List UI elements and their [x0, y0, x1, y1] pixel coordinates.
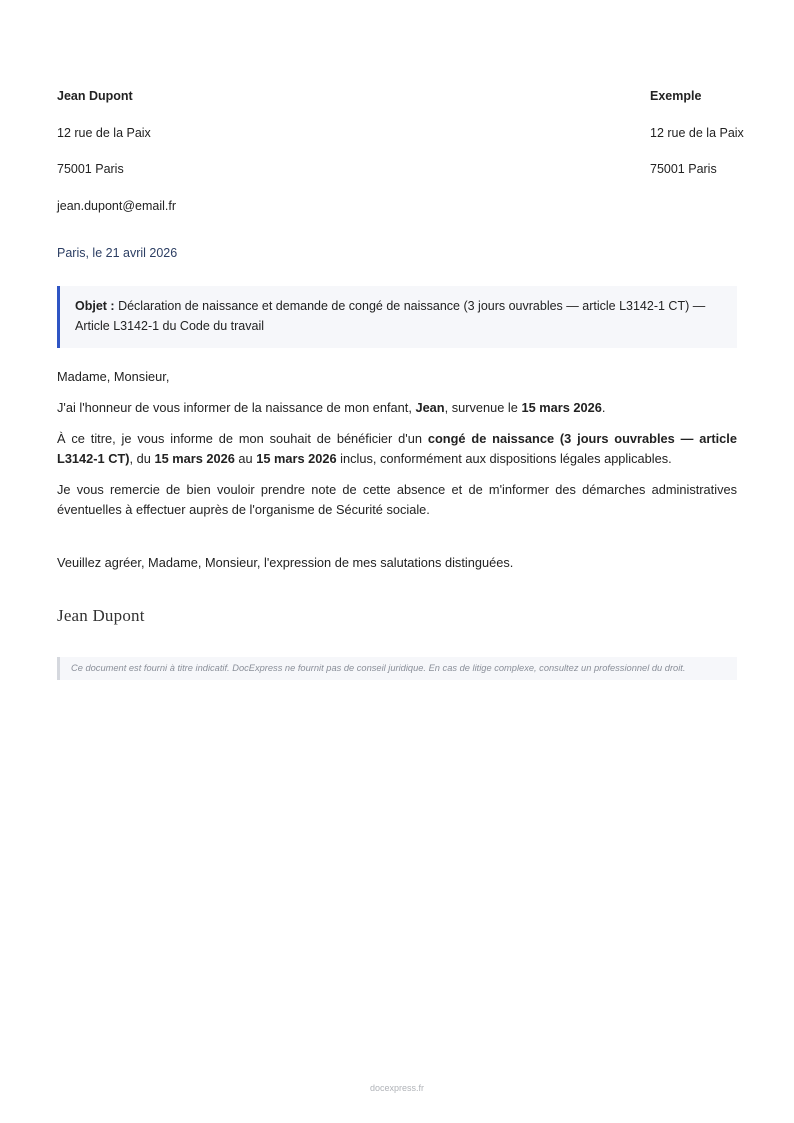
subject-text: Déclaration de naissance et demande de c… — [75, 299, 705, 333]
sender-email: jean.dupont@email.fr — [57, 200, 176, 237]
text: inclus, conformément aux dispositions lé… — [337, 451, 672, 466]
sender-city: 75001 Paris — [57, 163, 176, 200]
letter-body: Madame, Monsieur, J'ai l'honneur de vous… — [57, 367, 737, 584]
recipient-street: 12 rue de la Paix — [650, 127, 744, 164]
text: au — [235, 451, 256, 466]
text: J'ai l'honneur de vous informer de la na… — [57, 400, 415, 415]
text: , survenue le — [445, 400, 522, 415]
leave-end-date: 15 mars 2026 — [256, 451, 336, 466]
text: , du — [130, 451, 155, 466]
footer-site: docexpress.fr — [0, 1083, 794, 1093]
salutation: Madame, Monsieur, — [57, 367, 737, 387]
disclaimer-box: Ce document est fourni à titre indicatif… — [57, 657, 737, 680]
leave-start-date: 15 mars 2026 — [154, 451, 234, 466]
recipient-name: Exemple — [650, 90, 744, 127]
closing-formula: Veuillez agréer, Madame, Monsieur, l'exp… — [57, 553, 737, 573]
text: . — [602, 400, 606, 415]
paragraph-thanks: Je vous remercie de bien vouloir prendre… — [57, 480, 737, 520]
sender-address: Jean Dupont 12 rue de la Paix 75001 Pari… — [57, 90, 176, 237]
signature: Jean Dupont — [57, 606, 145, 626]
subject-box: Objet : Déclaration de naissance et dema… — [57, 286, 737, 348]
child-name: Jean — [415, 400, 444, 415]
recipient-city: 75001 Paris — [650, 163, 744, 200]
birth-date: 15 mars 2026 — [521, 400, 601, 415]
paragraph-birth: J'ai l'honneur de vous informer de la na… — [57, 398, 737, 418]
sender-street: 12 rue de la Paix — [57, 127, 176, 164]
paragraph-leave: À ce titre, je vous informe de mon souha… — [57, 429, 737, 469]
recipient-address: Exemple 12 rue de la Paix 75001 Paris — [650, 90, 744, 200]
date-line: Paris, le 21 avril 2026 — [57, 246, 177, 260]
text: À ce titre, je vous informe de mon souha… — [57, 431, 428, 446]
sender-name: Jean Dupont — [57, 90, 176, 127]
subject-label: Objet : — [75, 299, 115, 313]
